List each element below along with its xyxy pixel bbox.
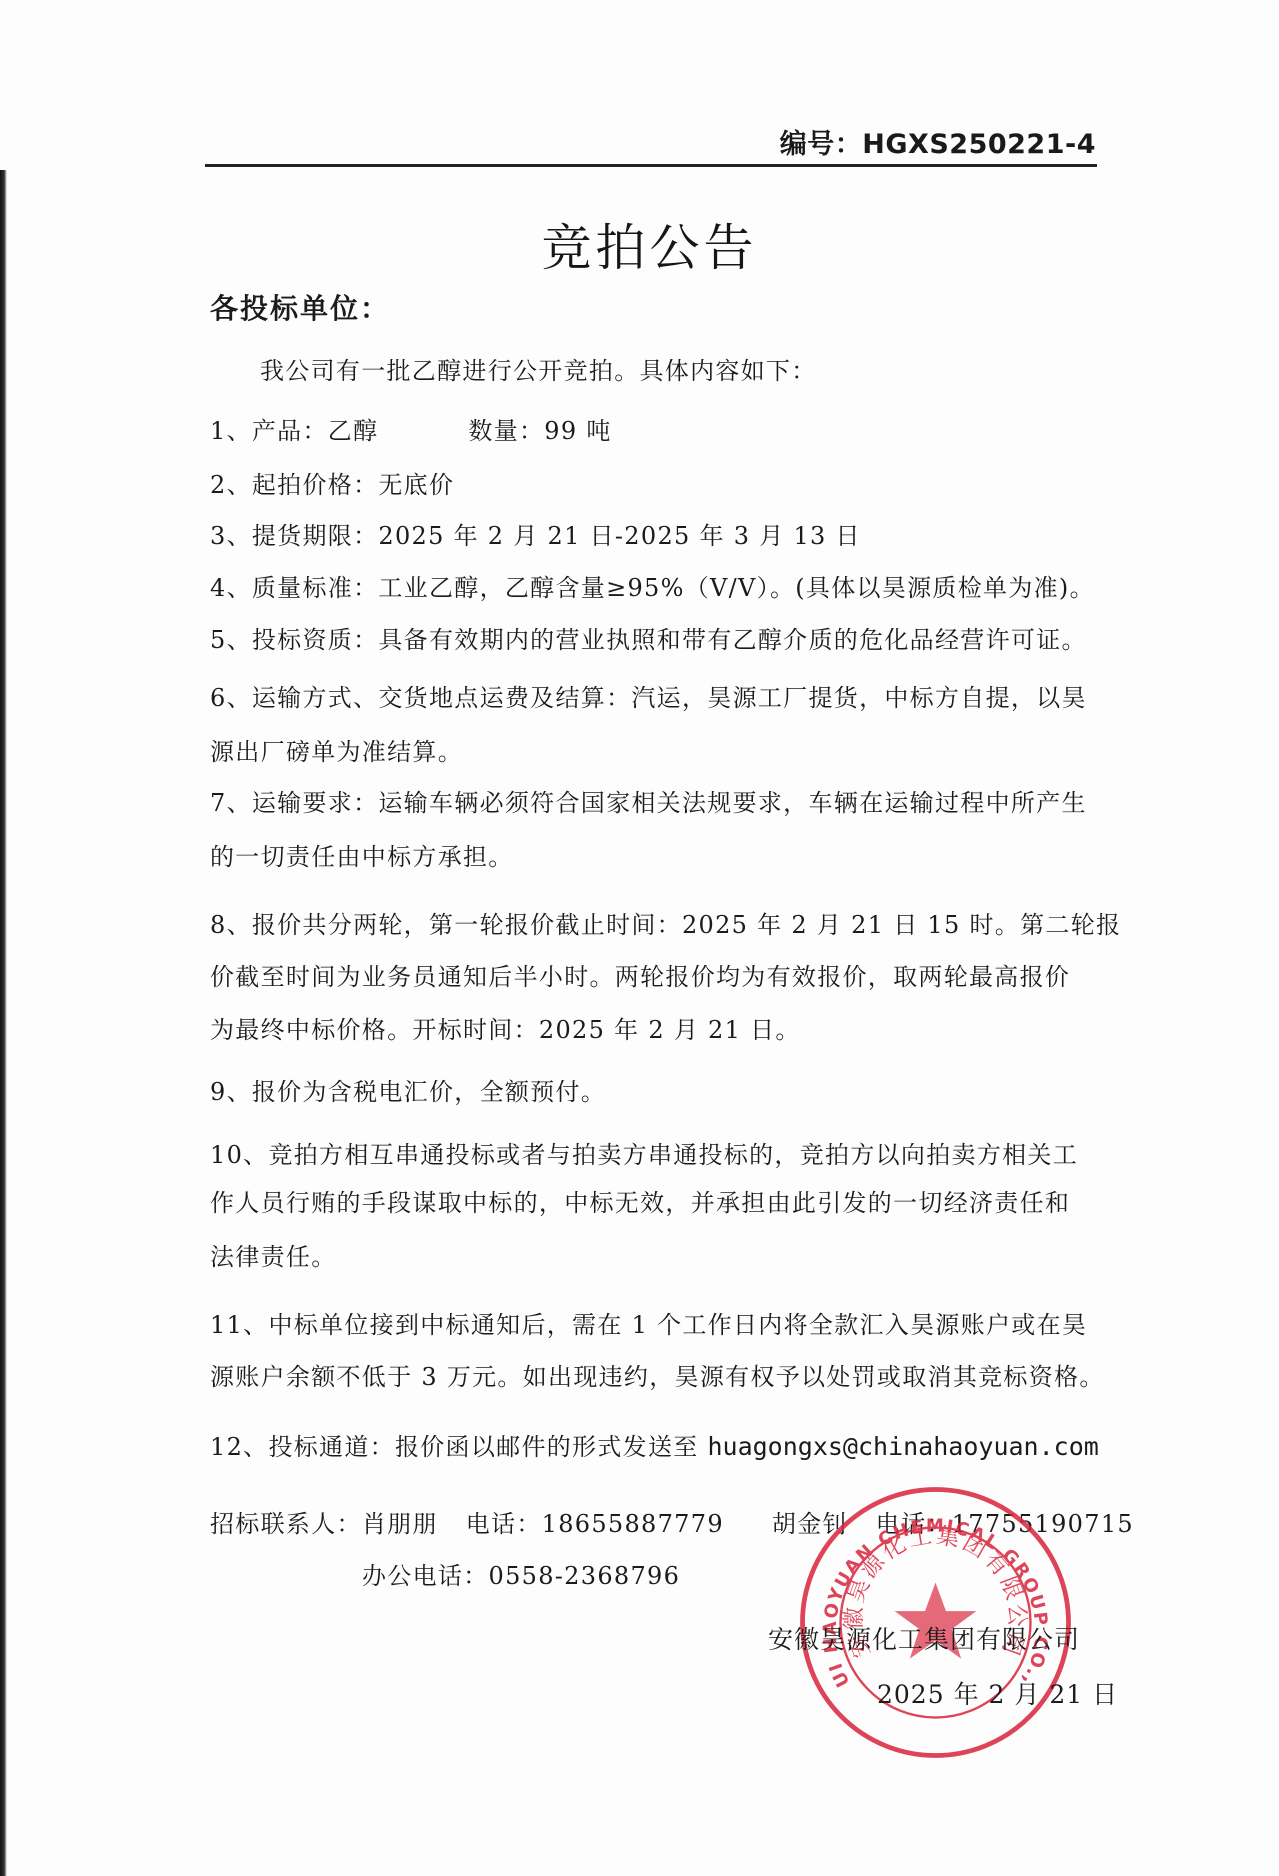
item-8-line-3: 为最终中标价格。开标时间：2025 年 2 月 21 日。	[210, 1015, 801, 1045]
item-9: 9、报价为含税电汇价，全额预付。	[210, 1077, 606, 1107]
item-10-line-1: 10、竞拍方相互串通投标或者与拍卖方串通投标的，竞拍方以向拍卖方相关工	[210, 1140, 1078, 1170]
item-7-line-2: 的一切责任由中标方承担。	[210, 842, 514, 872]
office-phone: 办公电话：0558-2368796	[362, 1561, 680, 1591]
item-1-product: 乙醇	[328, 417, 379, 445]
item-12-prefix: 12、投标通道：报价函以邮件的形式发送至	[210, 1433, 707, 1461]
item-2: 2、起拍价格：无底价	[210, 470, 454, 500]
contacts-row: 招标联系人：肖朋朋电话：18655887779胡金钊电话：17755190715	[210, 1509, 1134, 1539]
scan-edge-shadow	[0, 170, 7, 1876]
item-10-line-3: 法律责任。	[210, 1242, 337, 1272]
reference-label: 编号：	[780, 129, 863, 160]
signature-date: 2025 年 2 月 21 日	[877, 1675, 1118, 1711]
contact-1-phone: 电话：18655887779	[466, 1510, 724, 1538]
item-1-qty-label: 数量：	[468, 417, 544, 445]
intro-paragraph: 我公司有一批乙醇进行公开竞拍。具体内容如下：	[260, 356, 817, 386]
item-3: 3、提货期限：2025 年 2 月 21 日-2025 年 3 月 13 日	[210, 521, 861, 551]
reference-number: 编号：HGXS250221-4	[780, 122, 1096, 161]
bid-email-link[interactable]: huagongxs@chinahaoyuan.com	[707, 1432, 1098, 1461]
header-rule	[205, 164, 1097, 167]
document-title: 竞拍公告	[0, 208, 1279, 280]
contact-2-phone: 电话：17755190715	[876, 1510, 1134, 1538]
item-5: 5、投标资质：具备有效期内的营业执照和带有乙醇介质的危化品经营许可证。	[210, 625, 1087, 655]
contacts-label: 招标联系人：	[210, 1510, 362, 1538]
item-1-qty-value: 99 吨	[544, 417, 611, 445]
item-12: 12、投标通道：报价函以邮件的形式发送至 huagongxs@chinahaoy…	[210, 1432, 1099, 1462]
contact-2-name: 胡金钊	[772, 1510, 848, 1538]
company-signature: 安徽昊源化工集团有限公司	[768, 1620, 1080, 1656]
item-8-line-2: 价截至时间为业务员通知后半小时。两轮报价均为有效报价，取两轮最高报价	[210, 962, 1070, 992]
item-7-line-1: 7、运输要求：运输车辆必须符合国家相关法规要求，车辆在运输过程中所产生	[210, 788, 1087, 818]
item-6-line-1: 6、运输方式、交货地点运费及结算：汽运，昊源工厂提货，中标方自提，以昊	[210, 683, 1087, 713]
item-4: 4、质量标准：工业乙醇，乙醇含量≥95%（V/V）。(具体以昊源质检单为准)。	[210, 573, 1095, 603]
item-1-prefix: 1、产品：	[210, 417, 328, 445]
item-10-line-2: 作人员行贿的手段谋取中标的，中标无效，并承担由此引发的一切经济责任和	[210, 1188, 1070, 1218]
contact-1-name: 肖朋朋	[362, 1510, 438, 1538]
item-6-line-2: 源出厂磅单为准结算。	[210, 737, 463, 767]
item-11-line-1: 11、中标单位接到中标通知后，需在 1 个工作日内将全款汇入昊源账户或在昊	[210, 1310, 1087, 1340]
salutation: 各投标单位：	[210, 294, 390, 324]
item-8-line-1: 8、报价共分两轮，第一轮报价截止时间：2025 年 2 月 21 日 15 时。…	[210, 910, 1121, 940]
item-1: 1、产品：乙醇数量：99 吨	[210, 416, 612, 446]
reference-value: HGXS250221-4	[862, 129, 1096, 160]
item-11-line-2: 源账户余额不低于 3 万元。如出现违约，昊源有权予以处罚或取消其竞标资格。	[210, 1362, 1105, 1392]
